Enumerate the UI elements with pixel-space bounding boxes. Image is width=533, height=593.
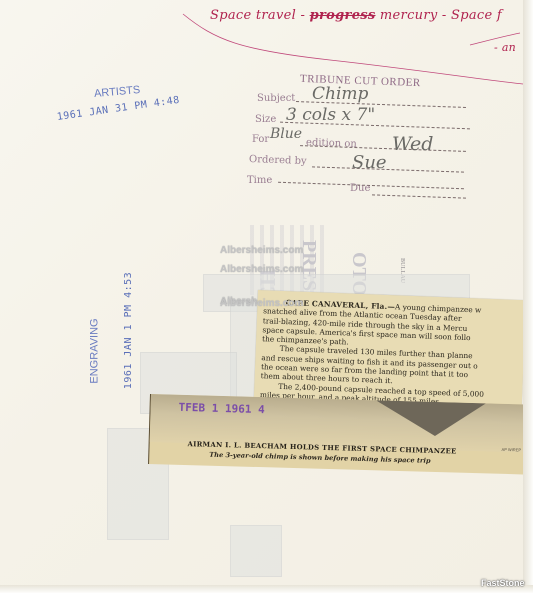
cut-order-time-label: Time bbox=[247, 175, 272, 186]
note-text-part1: Space travel - bbox=[210, 8, 310, 23]
cut-order-subject-value: Chimp bbox=[312, 84, 368, 104]
cut-order-ordered-by-label: Ordered by bbox=[249, 154, 307, 167]
note-text-part2: mercury - Space f bbox=[376, 8, 503, 23]
due-line bbox=[372, 194, 466, 198]
watermark-4: Albersheims.com bbox=[220, 298, 303, 309]
cut-order-for-value: Blue bbox=[270, 126, 302, 142]
handwritten-note-line2: - an bbox=[494, 41, 516, 54]
caption-credit: AP WIREP bbox=[502, 447, 522, 453]
cut-order-edition-label: edition on bbox=[306, 137, 357, 150]
watermark-2: Albersheims.com bbox=[220, 264, 303, 275]
note-struck-word: progress bbox=[310, 8, 376, 23]
photo-dark-region bbox=[375, 400, 486, 437]
cut-order-size-value: 3 cols x 7" bbox=[286, 105, 375, 125]
engraving-stamp-label: ENGRAVING bbox=[89, 318, 101, 383]
ordered-by-line bbox=[312, 166, 464, 172]
time-line bbox=[278, 182, 464, 189]
watermark-1: Albersheims.com bbox=[220, 245, 303, 256]
received-date-stamp: TFEB 1 1961 4 bbox=[178, 401, 264, 416]
tape-strip-bottom bbox=[230, 525, 282, 577]
cut-order-edition-day: Wed bbox=[392, 133, 433, 155]
handwritten-note-line1: Space travel - progress mercury - Space … bbox=[210, 8, 502, 23]
cut-order-ordered-by-value: Sue bbox=[352, 152, 387, 173]
photo-caption-clipping: TFEB 1 1961 4 AIRMAN I. L. BEACHAM HOLDS… bbox=[148, 394, 523, 474]
cut-order-subject-label: Subject bbox=[257, 93, 295, 104]
scan-edge-bottom bbox=[0, 585, 533, 593]
cut-order-size-label: Size bbox=[255, 114, 276, 125]
engraving-date-stamp: 1961 JAN 1 PM 4:53 bbox=[123, 272, 134, 389]
cut-order-due-label: Due bbox=[350, 183, 370, 194]
faststone-badge: FastStone bbox=[481, 578, 525, 588]
cut-order-for-label: For bbox=[252, 134, 269, 145]
scan-edge-right bbox=[523, 0, 533, 593]
photo-verso-page: Space travel - progress mercury - Space … bbox=[0, 0, 523, 585]
